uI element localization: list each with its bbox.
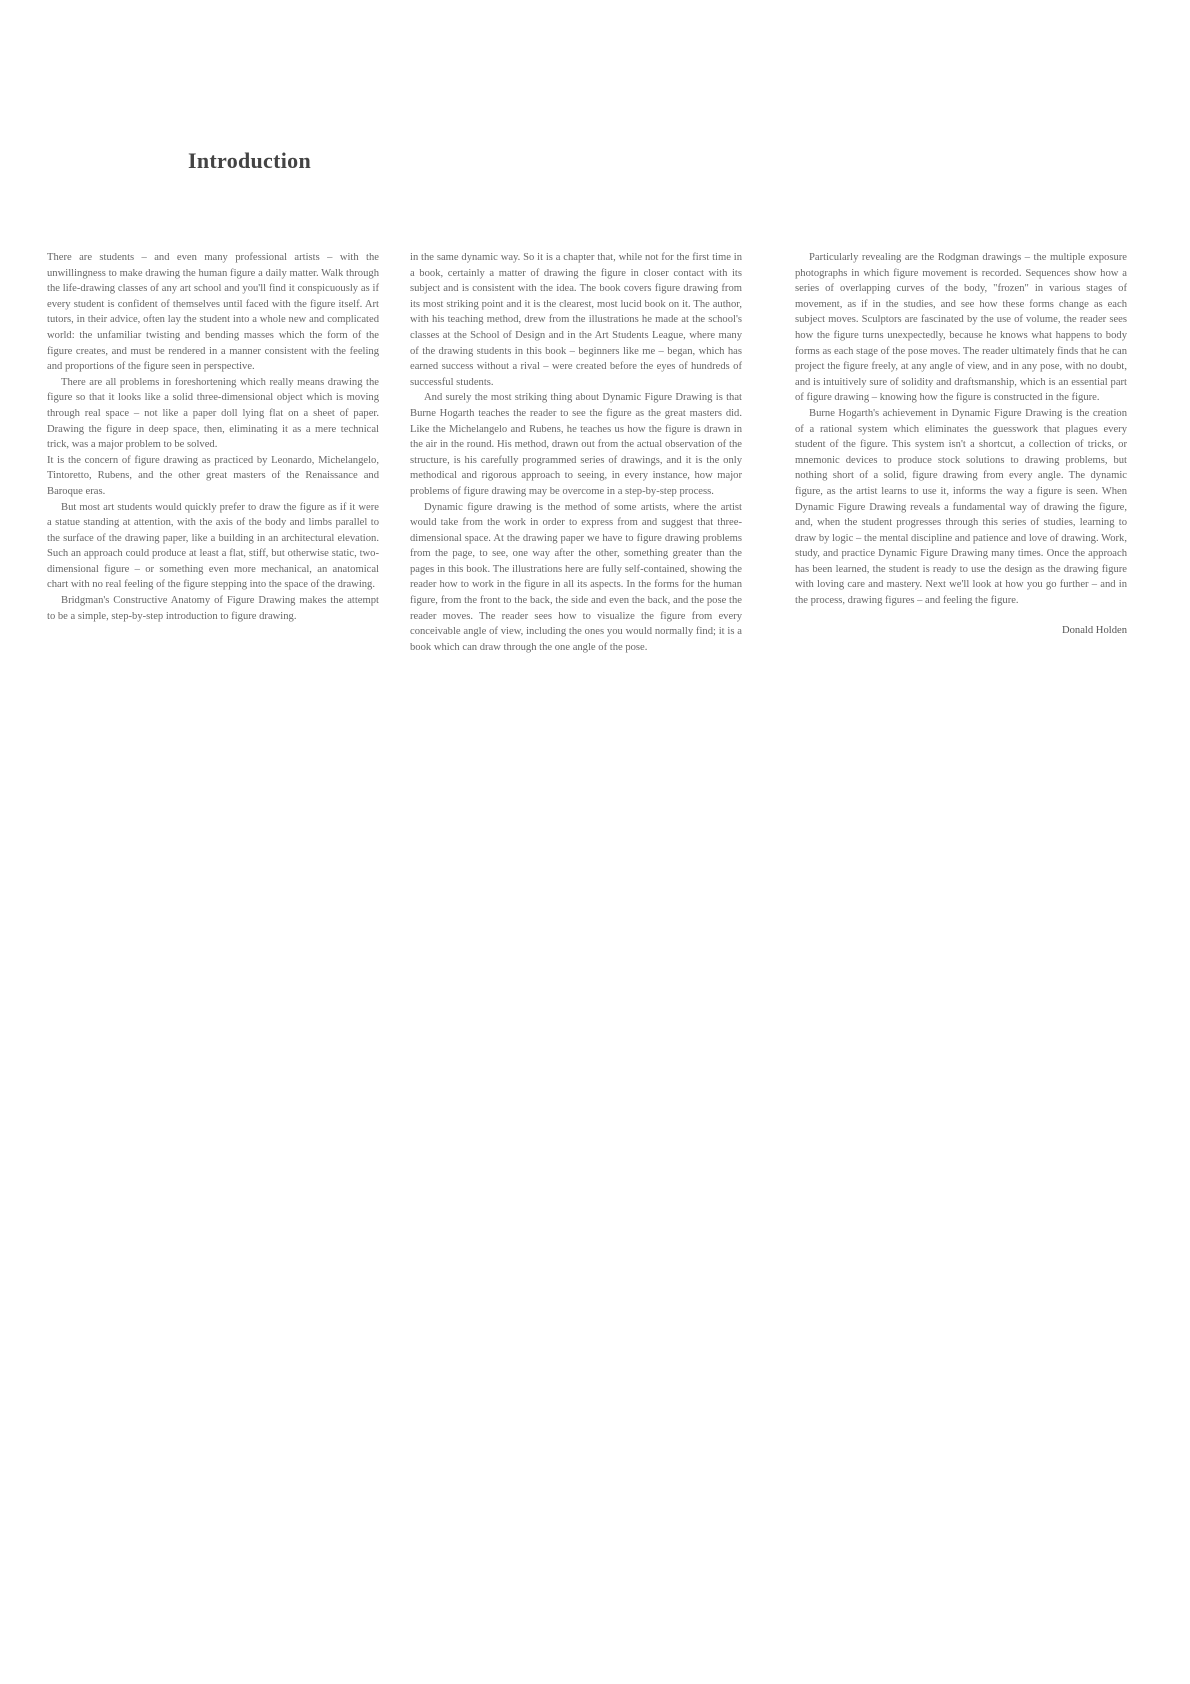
paragraph: Particularly revealing are the Rodgman d… <box>795 250 1127 406</box>
text-column-1: There are students – and even many profe… <box>47 250 379 624</box>
paragraph: Burne Hogarth's achievement in Dynamic F… <box>795 406 1127 609</box>
paragraph: There are all problems in foreshortening… <box>47 375 379 453</box>
author-signature: Donald Holden <box>795 623 1127 639</box>
page-title: Introduction <box>188 148 311 174</box>
paragraph: There are students – and even many profe… <box>47 250 379 375</box>
text-column-2: in the same dynamic way. So it is a chap… <box>410 250 742 655</box>
paragraph: Dynamic figure drawing is the method of … <box>410 500 742 656</box>
paragraph: Bridgman's Constructive Anatomy of Figur… <box>47 593 379 624</box>
paragraph: And surely the most striking thing about… <box>410 390 742 499</box>
paragraph: in the same dynamic way. So it is a chap… <box>410 250 742 390</box>
paragraph: But most art students would quickly pref… <box>47 500 379 594</box>
paragraph: It is the concern of figure drawing as p… <box>47 453 379 500</box>
text-column-3: Particularly revealing are the Rodgman d… <box>795 250 1127 638</box>
